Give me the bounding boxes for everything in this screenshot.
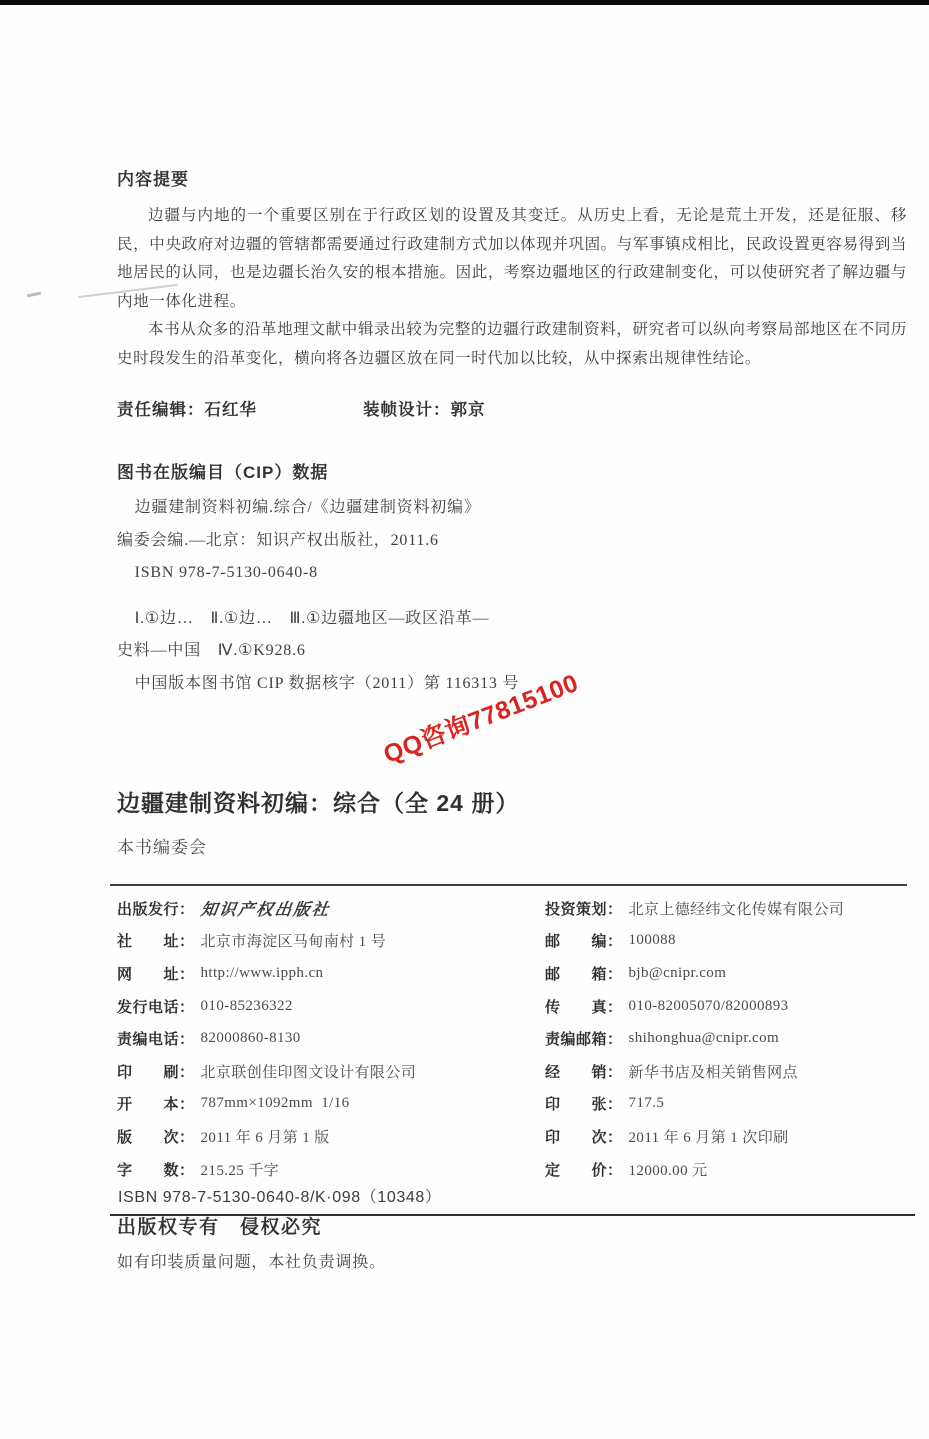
quality-note: 如有印装质量问题，本社负责调换。 <box>117 1249 386 1272</box>
colophon-value: 010-82005070/82000893 <box>629 998 789 1015</box>
summary-section: 内容提要 边疆与内地的一个重要区别在于行政区划的设置及其变迁。从历史上看，无论是… <box>117 165 907 373</box>
table-row: 邮 编： 100088 <box>545 925 907 958</box>
colophon-label: 开 本： <box>117 1093 195 1114</box>
editor-credit: 责任编辑：石红华 <box>117 396 257 420</box>
table-row: 网 址： http://www.ipph.cn <box>117 957 545 990</box>
colophon-value: bjb@cnipr.com <box>629 965 727 982</box>
table-row: 印 刷： 北京联创佳印图文设计有限公司 <box>117 1055 545 1088</box>
table-row: 发行电话： 010-85236322 <box>117 990 545 1023</box>
summary-paragraph: 本书从众多的沿革地理文献中辑录出较为完整的边疆行政建制资料，研究者可以纵向考察局… <box>117 316 907 373</box>
colophon-left-column: 出版发行： 知识产权出版社 社 址： 北京市海淀区马甸南村 1 号 网 址： h… <box>117 892 545 1185</box>
cip-line: Ⅰ.①边… Ⅱ.①边… Ⅲ.①边疆地区—政区沿革— <box>117 603 817 636</box>
colophon-label: 印 张： <box>545 1093 623 1114</box>
copyright-page: { "colors": { "watermark_red": "#dc241f"… <box>0 0 929 1439</box>
cip-line: 史料—中国 Ⅳ.①K928.6 <box>117 635 817 668</box>
colophon-label: 传 真： <box>545 996 623 1017</box>
colophon-value: 北京市海淀区马甸南村 1 号 <box>201 930 387 951</box>
committee-line: 本书编委会 <box>117 833 519 858</box>
colophon-label: 投资策划： <box>545 898 623 919</box>
colophon-value: http://www.ipph.cn <box>201 965 324 982</box>
table-row: 出版发行： 知识产权出版社 <box>117 892 545 925</box>
colophon-value: 717.5 <box>629 1095 665 1112</box>
colophon-label: 出版发行： <box>117 898 195 919</box>
summary-paragraph: 边疆与内地的一个重要区别在于行政区划的设置及其变迁。从历史上看，无论是荒土开发，… <box>117 202 907 316</box>
colophon-value: 215.25 千字 <box>201 1159 280 1180</box>
colophon-label: 印 次： <box>545 1126 623 1147</box>
divider-line <box>110 884 907 886</box>
colophon-value: 2011 年 6 月第 1 版 <box>201 1126 330 1147</box>
cip-line: 编委会编.—北京：知识产权出版社，2011.6 <box>117 525 817 558</box>
table-row: 责编电话： 82000860-8130 <box>117 1022 545 1055</box>
colophon-label: 邮 箱： <box>545 963 623 984</box>
colophon-value: 010-85236322 <box>201 998 293 1015</box>
colophon-value: 2011 年 6 月第 1 次印刷 <box>629 1126 789 1147</box>
colophon-value: shihonghua@cnipr.com <box>629 1030 780 1047</box>
scan-artifact <box>27 292 41 298</box>
colophon-label: 社 址： <box>117 930 195 951</box>
colophon-value: 82000860-8130 <box>201 1030 301 1047</box>
table-row: 社 址： 北京市海淀区马甸南村 1 号 <box>117 925 545 958</box>
colophon-label: 印 刷： <box>117 1061 195 1082</box>
table-row: 投资策划： 北京上德经纬文化传媒有限公司 <box>545 892 907 925</box>
table-row: 责编邮箱： shihonghua@cnipr.com <box>545 1022 907 1055</box>
cip-line: 边疆建制资料初编.综合/《边疆建制资料初编》 <box>117 492 817 525</box>
rights-notice: 出版权专有 侵权必究 <box>117 1212 322 1239</box>
designer-credit: 装帧设计：郭京 <box>363 396 486 420</box>
table-row: 印 张： 717.5 <box>545 1088 907 1121</box>
colophon-label: 邮 编： <box>545 930 623 951</box>
publisher-logo-script: 知识产权出版社 <box>199 896 332 920</box>
colophon-value: 12000.00 元 <box>629 1159 708 1180</box>
colophon-value: 100088 <box>629 932 676 949</box>
colophon-label: 版 次： <box>117 1126 195 1147</box>
cip-line: ISBN 978-7-5130-0640-8 <box>117 557 817 590</box>
colophon-value: 新华书店及相关销售网点 <box>629 1061 798 1082</box>
cip-line: 中国版本图书馆 CIP 数据核字（2011）第 116313 号 <box>117 668 817 701</box>
colophon-table: 出版发行： 知识产权出版社 社 址： 北京市海淀区马甸南村 1 号 网 址： h… <box>117 892 907 1185</box>
page-top-edge-shadow <box>0 0 929 5</box>
table-row: 传 真： 010-82005070/82000893 <box>545 990 907 1023</box>
book-title-section: 边疆建制资料初编：综合（全 24 册） 本书编委会 <box>117 785 519 858</box>
colophon-value: 北京上德经纬文化传媒有限公司 <box>629 898 845 919</box>
colophon-value: 787mm×1092mm 1/16 <box>201 1095 350 1112</box>
colophon-label: 字 数： <box>117 1159 195 1180</box>
book-title: 边疆建制资料初编：综合（全 24 册） <box>117 785 519 818</box>
table-row: 定 价： 12000.00 元 <box>545 1153 907 1186</box>
colophon-label: 责编邮箱： <box>545 1028 623 1049</box>
cip-section: 图书在版编目（CIP）数据 边疆建制资料初编.综合/《边疆建制资料初编》 编委会… <box>117 458 817 700</box>
table-row: 开 本： 787mm×1092mm 1/16 <box>117 1088 545 1121</box>
cip-heading: 图书在版编目（CIP）数据 <box>117 458 817 483</box>
summary-heading: 内容提要 <box>117 165 907 190</box>
table-row: 邮 箱： bjb@cnipr.com <box>545 957 907 990</box>
table-row: 字 数： 215.25 千字 <box>117 1153 545 1186</box>
colophon-label: 经 销： <box>545 1061 623 1082</box>
colophon-right-column: 投资策划： 北京上德经纬文化传媒有限公司 邮 编： 100088 邮 箱： bj… <box>545 892 907 1185</box>
colophon-label: 定 价： <box>545 1159 623 1180</box>
colophon-label: 发行电话： <box>117 996 195 1017</box>
credits-line: 责任编辑：石红华 装帧设计：郭京 <box>117 396 486 420</box>
table-row: 版 次： 2011 年 6 月第 1 版 <box>117 1120 545 1153</box>
table-row: 印 次： 2011 年 6 月第 1 次印刷 <box>545 1120 907 1153</box>
colophon-label: 网 址： <box>117 963 195 984</box>
colophon-value: 北京联创佳印图文设计有限公司 <box>201 1061 417 1082</box>
colophon-label: 责编电话： <box>117 1028 195 1049</box>
table-row: 经 销： 新华书店及相关销售网点 <box>545 1055 907 1088</box>
